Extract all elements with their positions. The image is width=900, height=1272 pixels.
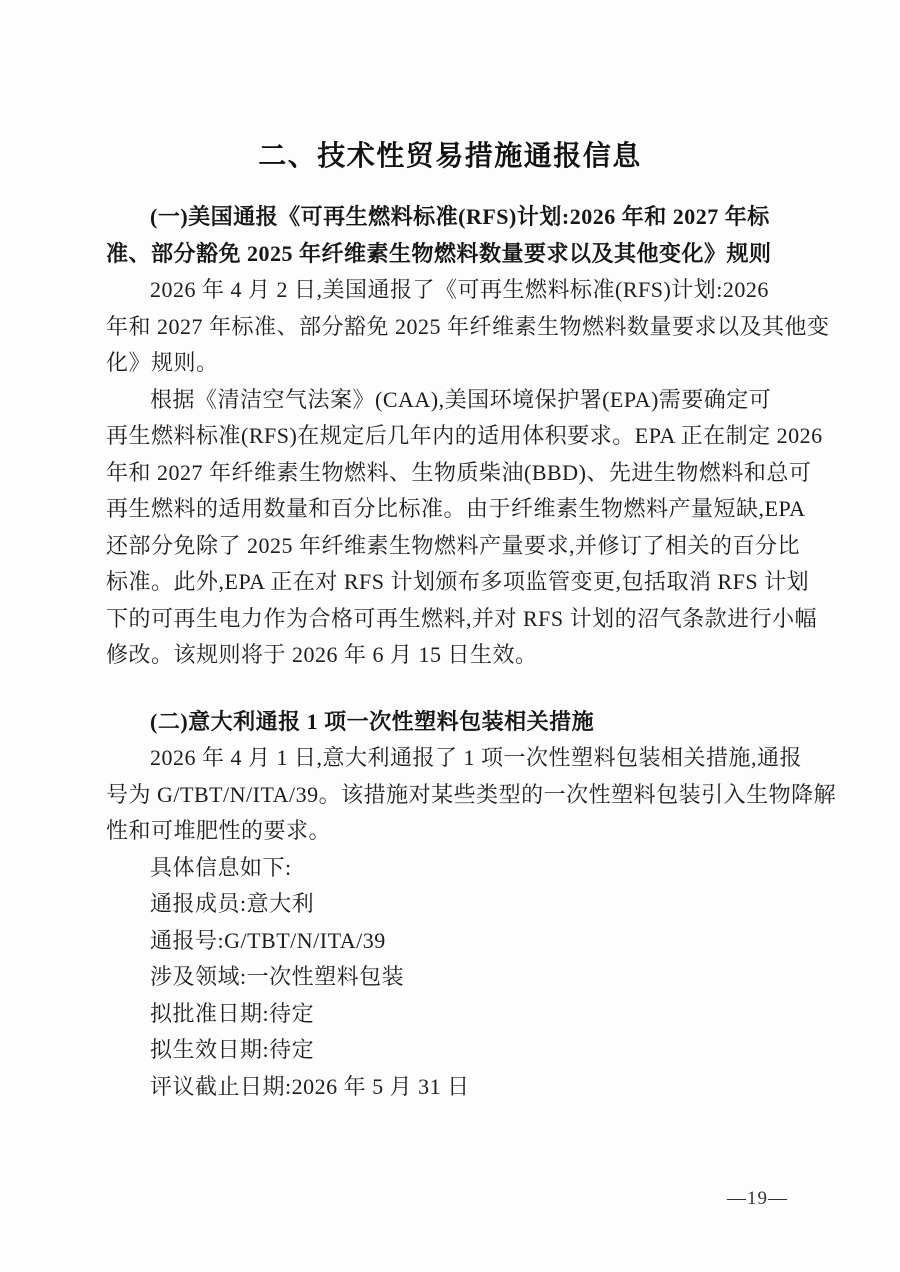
body-line: 号为 G/TBT/N/ITA/39。该措施对某些类型的一次性塑料包装引入生物降解 xyxy=(106,777,794,814)
section-us-rfs-notification: (一)美国通报《可再生燃料标准(RFS)计划:2026 年和 2027 年标 准… xyxy=(106,199,794,674)
document-content: 二、技术性贸易措施通报信息 (一)美国通报《可再生燃料标准(RFS)计划:202… xyxy=(0,0,900,1105)
body-line: 年和 2027 年纤维素生物燃料、生物质柴油(BBD)、先进生物燃料和总可 xyxy=(106,455,794,492)
heading-line: 准、部分豁免 2025 年纤维素生物燃料数量要求以及其他变化》规则 xyxy=(106,236,794,273)
detail-line-intro: 具体信息如下: xyxy=(106,850,794,887)
body-line: 再生燃料标准(RFS)在规定后几年内的适用体积要求。EPA 正在制定 2026 xyxy=(106,418,794,455)
body-line: 修改。该规则将于 2026 年 6 月 15 日生效。 xyxy=(106,637,794,674)
detail-line-entry-into-force-date: 拟生效日期:待定 xyxy=(106,1032,794,1069)
notification-detail-list: 具体信息如下: 通报成员:意大利 通报号:G/TBT/N/ITA/39 涉及领域… xyxy=(106,850,794,1106)
body-line: 2026 年 4 月 1 日,意大利通报了 1 项一次性塑料包装相关措施,通报 xyxy=(106,740,794,777)
paragraph-rule-details: 根据《清洁空气法案》(CAA),美国环境保护署(EPA)需要确定可 再生燃料标准… xyxy=(106,382,794,674)
body-line: 性和可堆肥性的要求。 xyxy=(106,813,794,850)
body-line: 化》规则。 xyxy=(106,345,794,382)
heading-line: (一)美国通报《可再生燃料标准(RFS)计划:2026 年和 2027 年标 xyxy=(106,199,794,236)
body-line: 再生燃料的适用数量和百分比标准。由于纤维素生物燃料产量短缺,EPA xyxy=(106,491,794,528)
paragraph-notification-summary: 2026 年 4 月 2 日,美国通报了《可再生燃料标准(RFS)计划:2026… xyxy=(106,272,794,382)
section-italy-plastic-packaging: (二)意大利通报 1 项一次性塑料包装相关措施 2026 年 4 月 1 日,意… xyxy=(106,704,794,1106)
body-line: 根据《清洁空气法案》(CAA),美国环境保护署(EPA)需要确定可 xyxy=(106,382,794,419)
detail-line-comment-deadline: 评议截止日期:2026 年 5 月 31 日 xyxy=(106,1069,794,1106)
page-title: 二、技术性贸易措施通报信息 xyxy=(106,0,794,173)
page-number: —19— xyxy=(727,1188,788,1210)
detail-line-notification-number: 通报号:G/TBT/N/ITA/39 xyxy=(106,923,794,960)
body-line: 2026 年 4 月 2 日,美国通报了《可再生燃料标准(RFS)计划:2026 xyxy=(106,272,794,309)
section-1-heading: (一)美国通报《可再生燃料标准(RFS)计划:2026 年和 2027 年标 准… xyxy=(106,199,794,272)
paragraph-notification-summary: 2026 年 4 月 1 日,意大利通报了 1 项一次性塑料包装相关措施,通报 … xyxy=(106,740,794,850)
detail-line-member: 通报成员:意大利 xyxy=(106,886,794,923)
body-line: 下的可再生电力作为合格可再生燃料,并对 RFS 计划的沼气条款进行小幅 xyxy=(106,601,794,638)
body-line: 年和 2027 年标准、部分豁免 2025 年纤维素生物燃料数量要求以及其他变 xyxy=(106,309,794,346)
detail-line-adoption-date: 拟批准日期:待定 xyxy=(106,996,794,1033)
detail-line-field: 涉及领域:一次性塑料包装 xyxy=(106,959,794,996)
heading-line: (二)意大利通报 1 项一次性塑料包装相关措施 xyxy=(106,704,794,741)
body-line: 还部分免除了 2025 年纤维素生物燃料产量要求,并修订了相关的百分比 xyxy=(106,528,794,565)
section-2-heading: (二)意大利通报 1 项一次性塑料包装相关措施 xyxy=(106,704,794,741)
body-line: 标准。此外,EPA 正在对 RFS 计划颁布多项监管变更,包括取消 RFS 计划 xyxy=(106,564,794,601)
document-page: 二、技术性贸易措施通报信息 (一)美国通报《可再生燃料标准(RFS)计划:202… xyxy=(0,0,900,1272)
